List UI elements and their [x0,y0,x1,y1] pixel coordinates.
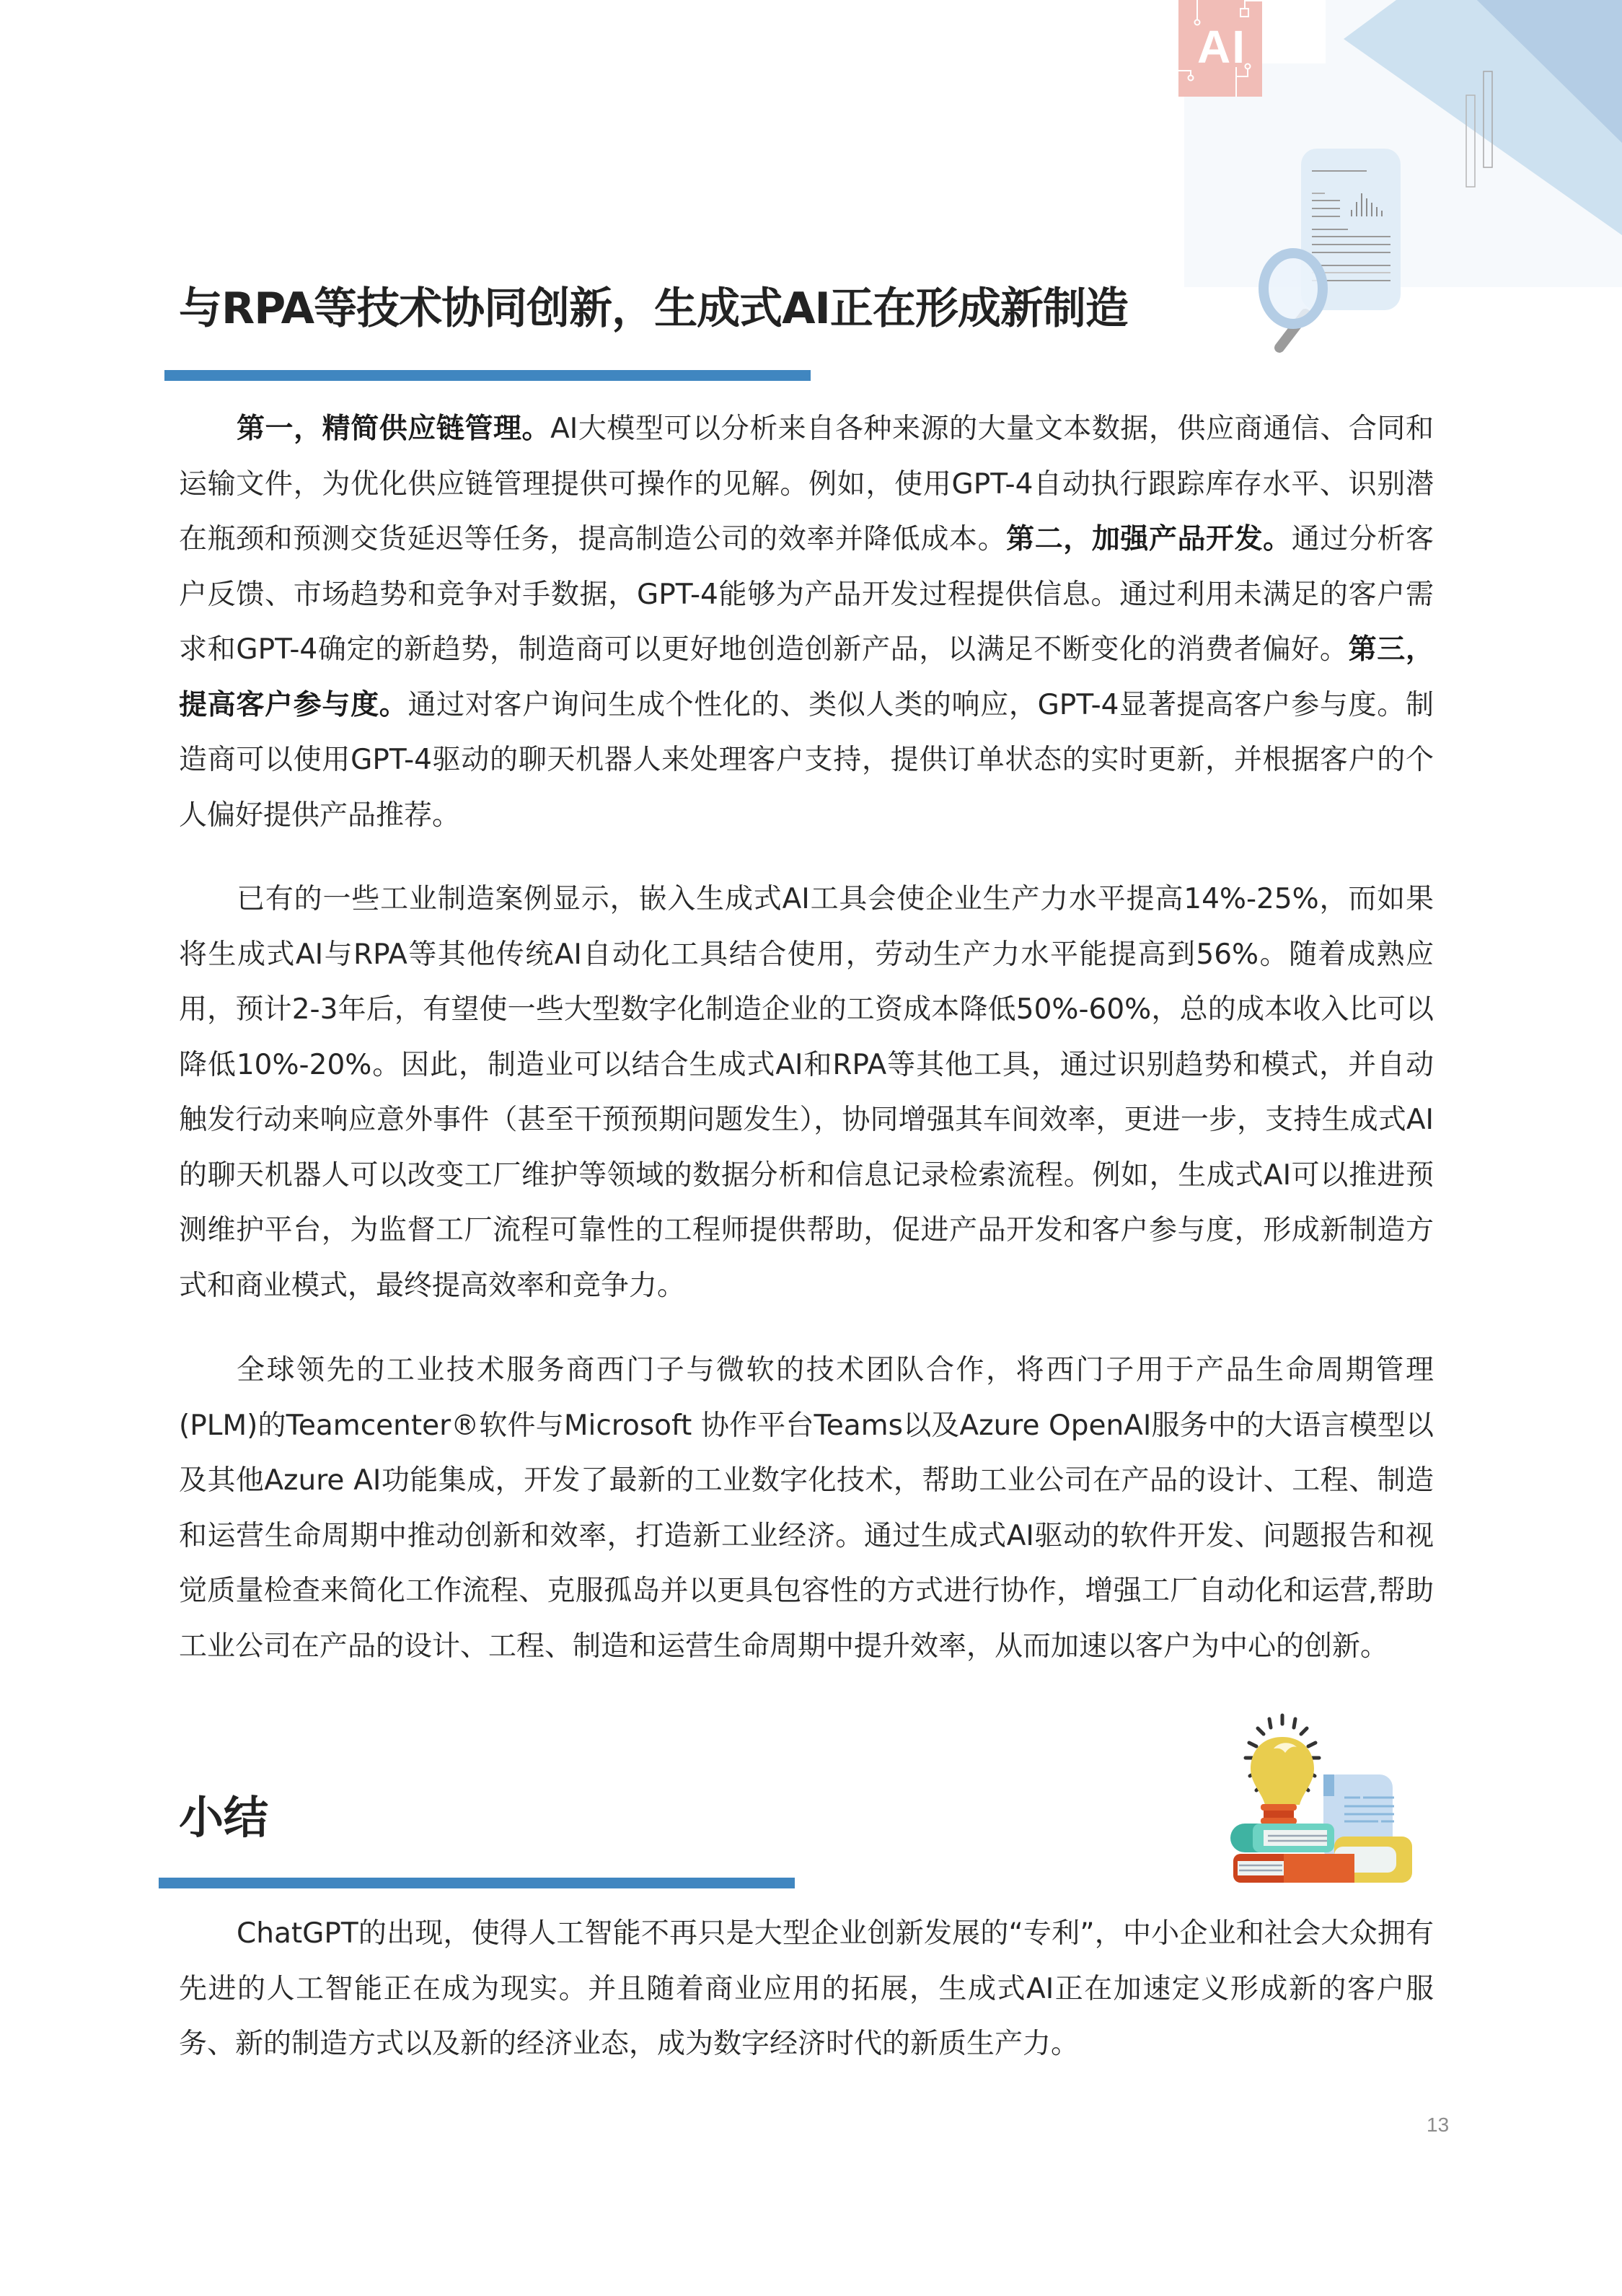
title-underline-bar [164,370,811,381]
bold-lead-phrase: 第一，精简供应链管理。 [237,413,550,445]
section-heading-summary: 小结 [179,1782,268,1846]
page-number: 13 [1427,2114,1449,2137]
body-text: 全球领先的工业技术服务商西门子与微软的技术团队合作，将西门子用于产品生命周期管理… [179,1354,1434,1663]
document-magnifier-icon [1255,144,1428,361]
paragraph-manufacturing-cases: 已有的一些工业制造案例显示，嵌入生成式AI工具会使企业生产力水平提高14%-25… [179,872,1434,1314]
lightbulb-books-icon [1226,1710,1414,1883]
ai-badge: AI [1178,0,1262,97]
body-text: 已有的一些工业制造案例显示，嵌入生成式AI工具会使企业生产力水平提高14%-25… [179,883,1434,1302]
page-title: 与RPA等技术协同创新，生成式AI正在形成新制造 [179,274,1128,336]
paragraph-summary: ChatGPT的出现，使得人工智能不再只是大型企业创新发展的“专利”，中小企业和… [179,1906,1434,2072]
ai-badge-label: AI [1197,20,1246,74]
summary-underline-bar [159,1878,795,1888]
paragraph-siemens-microsoft: 全球领先的工业技术服务商西门子与微软的技术团队合作，将西门子用于产品生命周期管理… [179,1343,1434,1674]
paragraph-supply-chain: 第一，精简供应链管理。AI大模型可以分析来自各种来源的大量文本数据，供应商通信、… [179,402,1434,843]
bold-lead-phrase: 第二，加强产品开发。 [1006,523,1292,555]
body-text: ChatGPT的出现，使得人工智能不再只是大型企业创新发展的“专利”，中小企业和… [179,1917,1434,2060]
